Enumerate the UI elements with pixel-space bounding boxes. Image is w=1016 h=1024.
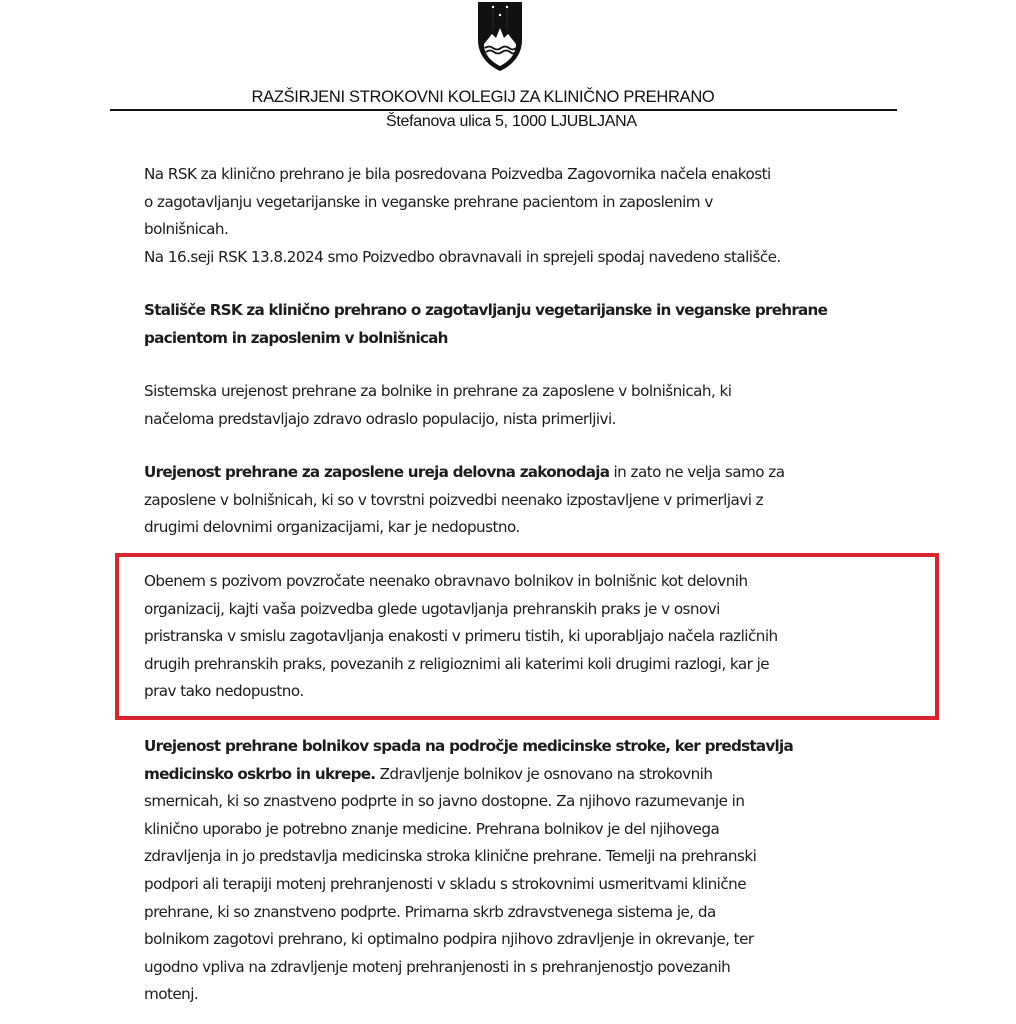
text-line: drugih prehranskih praks, povezanih z re… xyxy=(144,651,924,679)
text-line: motenj. xyxy=(144,981,924,1009)
text-line: načeloma predstavljajo zdravo odraslo po… xyxy=(144,406,924,434)
position-heading: Stališče RSK za klinično prehrano o zago… xyxy=(144,297,924,352)
text-line: o zagotavljanju vegetarijanske in vegans… xyxy=(144,189,924,217)
text-line: Urejenost prehrane za zaposlene ureja de… xyxy=(144,459,924,487)
patients-paragraph: Urejenost prehrane bolnikov spada na pod… xyxy=(144,733,924,1009)
text-line: Na RSK za klinično prehrano je bila posr… xyxy=(144,161,924,189)
text-line: zaposlene v bolnišnicah, ki so v tovrstn… xyxy=(144,487,924,515)
text-line: prehrane, ki so znanstveno podprte. Prim… xyxy=(144,899,924,927)
text-line: medicinsko oskrbo in ukrepe. Zdravljenje… xyxy=(144,761,924,789)
text-line: pristranska v smislu zagotavljanja enako… xyxy=(144,623,924,651)
text-line: klinično uporabo je potrebno znanje medi… xyxy=(144,816,924,844)
text-line: zdravljenja in jo predstavlja medicinska… xyxy=(144,843,924,871)
text-fragment: in zato ne velja samo za xyxy=(609,463,784,481)
text-fragment: Zdravljenje bolnikov je osnovano na stro… xyxy=(375,765,712,783)
text-line: prav tako nedopustno. xyxy=(144,678,924,706)
text-line: Sistemska urejenost prehrane za bolnike … xyxy=(144,378,924,406)
employees-paragraph: Urejenost prehrane za zaposlene ureja de… xyxy=(144,459,924,542)
coat-of-arms-icon xyxy=(475,0,525,72)
heading-line: pacientom in zaposlenim v bolnišnicah xyxy=(144,325,924,353)
system-paragraph: Sistemska urejenost prehrane za bolnike … xyxy=(144,378,924,433)
text-line: podpori ali terapiji motenj prehranjenos… xyxy=(144,871,924,899)
intro-paragraph: Na RSK za klinično prehrano je bila posr… xyxy=(144,161,924,271)
highlighted-paragraph: Obenem s pozivom povzročate neenako obra… xyxy=(144,568,924,706)
heading-line: Stališče RSK za klinično prehrano o zago… xyxy=(144,297,924,325)
text-line: organizacij, kajti vaša poizvedba glede … xyxy=(144,596,924,624)
header-divider xyxy=(110,109,897,111)
text-line: smernicah, ki so znastveno podprte in so… xyxy=(144,788,924,816)
organization-title: RAZŠIRJENI STROKOVNI KOLEGIJ ZA KLINIČNO… xyxy=(0,88,1016,107)
text-line: drugimi delovnimi organizacijami, kar je… xyxy=(144,514,924,542)
bold-lead: Urejenost prehrane bolnikov spada na pod… xyxy=(144,733,924,761)
text-line: bolnikom zagotovi prehrano, ki optimalno… xyxy=(144,926,924,954)
text-line: bolnišnicah. xyxy=(144,216,924,244)
text-line: Na 16.seji RSK 13.8.2024 smo Poizvedbo o… xyxy=(144,244,924,272)
text-line: Obenem s pozivom povzročate neenako obra… xyxy=(144,568,924,596)
bold-lead: Urejenost prehrane za zaposlene ureja de… xyxy=(144,463,609,481)
bold-lead: medicinsko oskrbo in ukrepe. xyxy=(144,765,375,783)
text-line: ugodno vpliva na zdravljenje motenj preh… xyxy=(144,954,924,982)
organization-address: Štefanova ulica 5, 1000 LJUBLJANA xyxy=(386,113,637,131)
